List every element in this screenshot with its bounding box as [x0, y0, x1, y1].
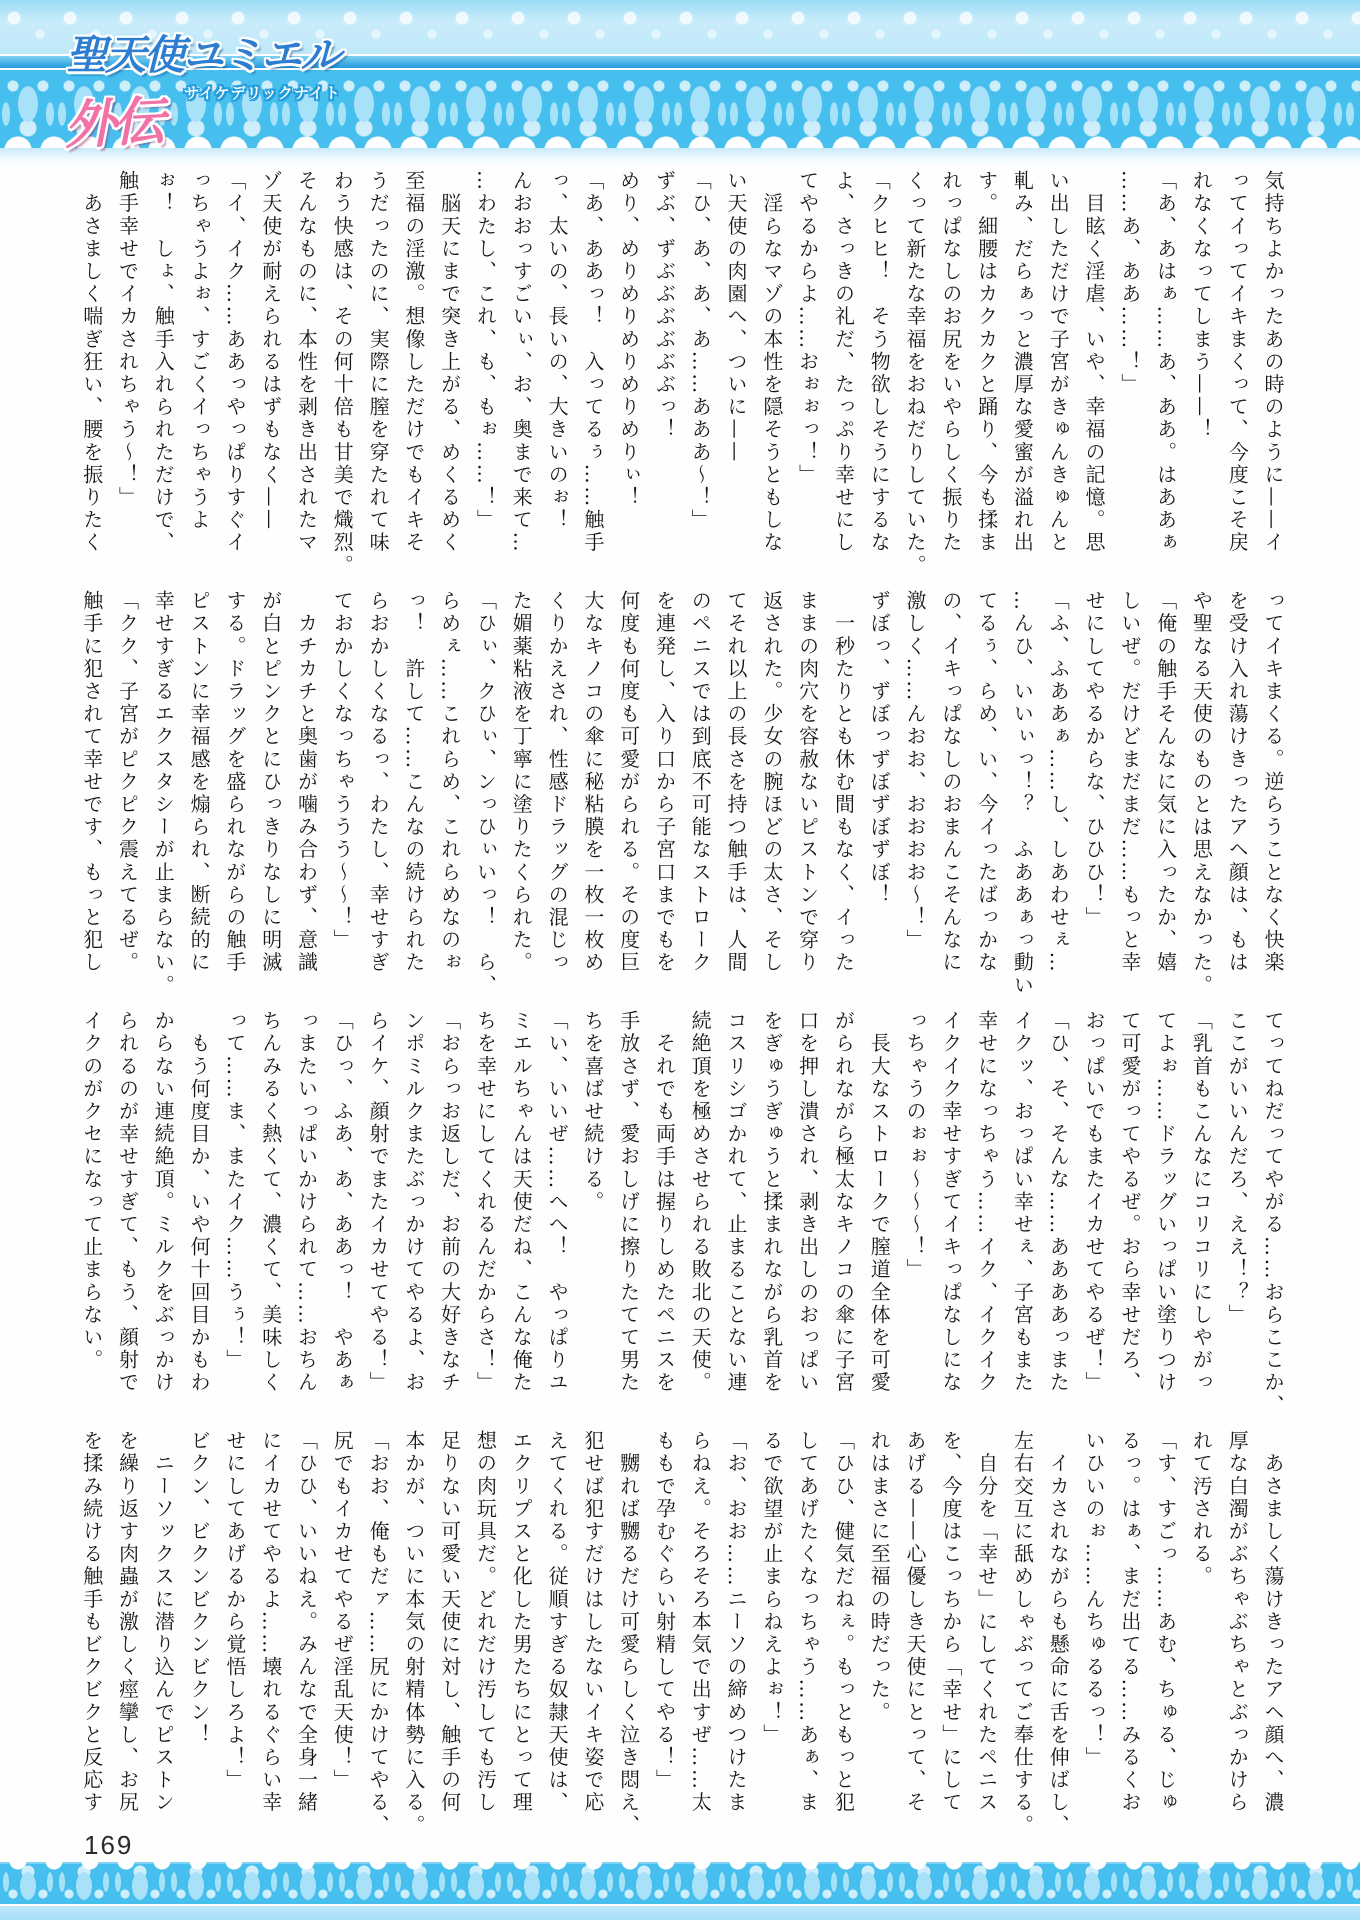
text-column: てるぅ、らめ、い、今イったばっかな [968, 590, 1004, 978]
bottom-border-lower-strip [0, 1904, 1360, 1920]
text-column: 「クヒヒ！ そう物欲しそうにするな [860, 170, 896, 558]
logo-title: 聖天使ユミエル [66, 31, 339, 79]
text-column: 嬲れば嬲るだけ可愛らしく泣き悶え、 [610, 1430, 646, 1818]
text-column: れて汚される。 [1183, 1430, 1219, 1818]
text-column: っまたいっぱいかけられて……おちん [288, 1010, 324, 1398]
text-column: ゾ天使が耐えられるはずもなく—— [252, 170, 288, 558]
text-column: 気持ちよかったあの時のように——イ [1254, 170, 1290, 558]
text-column: ンポミルクまたぶっかけてやるよ、お [395, 1010, 431, 1398]
text-column: 「あ、ああっ！ 入ってるぅ……触手 [574, 170, 610, 558]
text-column: らねえ。そろそろ本気で出すぜ……太 [681, 1430, 717, 1818]
text-column: イカされながらも懸命に舌を伸ばし、 [1039, 1430, 1075, 1818]
text-column: わう快感は、その何十倍も甘美で熾烈。 [323, 170, 359, 558]
text-column: るで欲望が止まらねえよぉ！」 [753, 1430, 789, 1818]
vertical-text-block-4: あさましく蕩けきったアヘ顔へ、濃厚な白濁がぶちゃぶちゃとぶっかけられて汚される。… [70, 1430, 1290, 1818]
text-column: が白とピンクとにひっきりなしに明滅 [252, 590, 288, 978]
text-column: 触手幸せでイカされちゃう～！」 [109, 170, 145, 558]
text-column: 「ひ、そ、そんな……ああああっまた [1039, 1010, 1075, 1398]
text-column: にイカせてやるよ……壊れるぐらい幸 [252, 1430, 288, 1818]
text-column: ミエルちゃんは天使だね、こんな俺た [502, 1010, 538, 1398]
text-column: れっぱなしのお尻をいやらしく振りた [932, 170, 968, 558]
text-column: 「ひぃ、クひぃ、ンっひぃいっ！ ら、 [467, 590, 503, 978]
text-column: てやるからよ……おぉぉっ！」 [789, 170, 825, 558]
text-column: 厚な白濁がぶちゃぶちゃとぶっかけら [1218, 1430, 1254, 1818]
text-column: あさましく蕩けきったアヘ顔へ、濃 [1254, 1430, 1290, 1818]
text-column: ちを幸せにしてくれるんだからさ！」 [467, 1010, 503, 1398]
text-column: 「お、おお……ニーソの締めつけたま [717, 1430, 753, 1818]
text-column: 何度も何度も可愛がられる。その度巨 [610, 590, 646, 978]
logo-subtitle: サイケデリックナイト [184, 82, 341, 103]
text-column: ニーソックスに潜り込んでピストン [145, 1430, 181, 1818]
text-column: 「す、すごっ……あむ、ちゅる、じゅ [1147, 1430, 1183, 1818]
text-column: ちんみるく熱くて、濃くて、美味しく [252, 1010, 288, 1398]
text-column: 「ひひ、健気だねぇ。もっともっと犯 [825, 1430, 861, 1818]
text-column: 大なキノコの傘に秘粘膜を一枚一枚め [574, 590, 610, 978]
text-column: してあげたくなっちゃう……あぁ、ま [789, 1430, 825, 1818]
text-column: 返された。少女の腕ほどの太さ、そし [753, 590, 789, 978]
text-column: ……あ、ああ……！」 [1111, 170, 1147, 558]
text-column: しいぜ。だけどまだまだ……もっと幸 [1111, 590, 1147, 978]
text-column: ずぶ、ずぶぶぶぶぶぶっ！ [646, 170, 682, 558]
text-column: 想の肉玩具だ。どれだけ汚しても汚し [467, 1430, 503, 1818]
text-column: 幸せすぎるエクスタシーが止まらない。 [145, 590, 181, 978]
text-column: 尻でもイカせてやるぜ淫乱天使！」 [323, 1430, 359, 1818]
text-column: カチカチと奥歯が噛み合わず、意識 [288, 590, 324, 978]
text-column: せにしてあげるから覚悟しろよ！」 [216, 1430, 252, 1818]
text-column: 「クク、子宮がピクピク震えてるぜ。 [109, 590, 145, 978]
text-column: てってねだってやがる……おらここか、 [1254, 1010, 1290, 1398]
text-column: を、今度はこっちから「幸せ」にして [932, 1430, 968, 1818]
text-column: っちゃうのぉぉ～～～！」 [896, 1010, 932, 1398]
text-column: イクイク幸せすぎてイキっぱなしにな [932, 1010, 968, 1398]
text-column: からない連続絶頂。ミルクをぶっかけ [145, 1010, 181, 1398]
text-column: 「俺の触手そんなに気に入ったか、嬉 [1147, 590, 1183, 978]
text-column: っちゃうよぉ、すごくイっちゃうよ [180, 170, 216, 558]
top-decorative-border: 聖天使ユミエル外伝 サイケデリックナイト [0, 0, 1360, 168]
text-column: い天使の肉園へ、ついに—— [717, 170, 753, 558]
text-column: 「ふ、ふああぁ……し、しあわせぇ… [1039, 590, 1075, 978]
text-column: …わたし、これ、も、もぉ……！」 [467, 170, 503, 558]
text-column: らイケ、顔射でまたイカせてやる！」 [359, 1010, 395, 1398]
text-column: そんなものに、本性を剥き出されたマ [288, 170, 324, 558]
text-column: 口を押し潰され、剥き出しのおっぱい [789, 1010, 825, 1398]
text-column: れなくなってしまう——！ [1183, 170, 1219, 558]
text-column: っ！ 許して……こんなの続けられた [395, 590, 431, 978]
text-column: ビクン、ビクンビクンビクン！ [180, 1430, 216, 1818]
text-column: ってイってイキまくって、今度こそ戻 [1218, 170, 1254, 558]
text-column: 「ひっ、ふあ、あ、ああっ！ やあぁ [323, 1010, 359, 1398]
text-column: せにしてやるからな、ひひひ！」 [1075, 590, 1111, 978]
text-column: エクリプスと化した男たちにとって理 [502, 1430, 538, 1818]
text-column: 幸せになっちゃう……イク、イクイク [968, 1010, 1004, 1398]
text-column: 目眩く淫虐、いや、幸福の記憶。思 [1075, 170, 1111, 558]
text-column: あげる——心優しき天使にとって、そ [896, 1430, 932, 1818]
text-column: くって新たな幸福をおねだりしていた。 [896, 170, 932, 558]
text-column: えてくれる。従順すぎる奴隷天使は、 [538, 1430, 574, 1818]
text-column: れはまさに至福の時だった。 [860, 1430, 896, 1818]
text-column: あさましく喘ぎ狂い、腰を振りたく [73, 170, 109, 558]
text-column: って……ま、またイク……うぅ！」 [216, 1010, 252, 1398]
text-column: 長大なストロークで膣道全体を可愛 [860, 1010, 896, 1398]
text-column: ってイキまくる。逆らうことなく快楽 [1254, 590, 1290, 978]
text-column: …んひ、いいぃっ！？ ふああぁっ動い [1004, 590, 1040, 978]
text-column: 「乳首もこんなにコリコリにしやがっ [1183, 1010, 1219, 1398]
text-column: られるのが幸せすぎて、もう、顔射で [109, 1010, 145, 1398]
text-column: 触手に犯されて幸せです、もっと犯し [73, 590, 109, 978]
text-column: 激しく……んおお、おおおお～！」 [896, 590, 932, 978]
bottom-decorative-border [0, 1856, 1360, 1920]
text-column: めり、めりめりめりめりめりぃ！ [610, 170, 646, 558]
text-column: 「イ、イク……ああっやっぱりすぐイ [216, 170, 252, 558]
vertical-text-block-1: 気持ちよかったあの時のように——イってイってイキまくって、今度こそ戻れなくなって… [70, 170, 1290, 558]
text-column: 淫らなマゾの本性を隠そうともしな [753, 170, 789, 558]
text-column: をぎゅうぎゅうと揉まれながら乳首を [753, 1010, 789, 1398]
text-column: 「あ、あはぁ……あ、ああ。はああぁ [1147, 170, 1183, 558]
text-column: の、イキっぱなしのおまんこそんなに [932, 590, 968, 978]
vertical-text-block-2: ってイキまくる。逆らうことなく快楽を受け入れ蕩けきったアヘ顔は、もはや聖なる天使… [70, 590, 1290, 978]
text-column: ピストンに幸福感を煽られ、断続的に [180, 590, 216, 978]
text-column: 自分を「幸せ」にしてくれたペニス [968, 1430, 1004, 1818]
text-column: てよぉ……ドラッグいっぱい塗りつけ [1147, 1010, 1183, 1398]
text-column: ちを喜ばせ続ける。 [574, 1010, 610, 1398]
text-column: 続絶頂を極めさせられる敗北の天使。 [681, 1010, 717, 1398]
text-column: ままの肉穴を容赦ないピストンで穿り [789, 590, 825, 978]
text-column: うだったのに、実際に膣を穿たれて味 [359, 170, 395, 558]
text-column: てそれ以上の長さを持つ触手は、人間 [717, 590, 753, 978]
text-column: ここがいいんだろ、ええ！？」 [1218, 1010, 1254, 1398]
text-column: 「おらっお返しだ、お前の大好きなチ [431, 1010, 467, 1398]
text-column: 一秒たりとも休む間もなく、イった [825, 590, 861, 978]
text-column: おっぱいでもまたイカせてやるぜ！」 [1075, 1010, 1111, 1398]
text-column: 「い、いいぜ……へへ！ やっぱりユ [538, 1010, 574, 1398]
text-column: 脳天にまで突き上がる、めくるめく [431, 170, 467, 558]
text-column: ぉ！ しょ、触手入れられただけで、 [145, 170, 181, 558]
text-column: よ、さっきの礼だ、たっぷり幸せにし [825, 170, 861, 558]
text-column: っ、太いの、長いの、大きいのぉ！ [538, 170, 574, 558]
text-column: 「おお、俺もだァ……尻にかけてやる、 [359, 1430, 395, 1818]
text-column: を受け入れ蕩けきったアヘ顔は、もは [1218, 590, 1254, 978]
text-column: 至福の淫激。想像しただけでもイキそ [395, 170, 431, 558]
text-column: を繰り返す肉蟲が激しく痙攣し、お尻 [109, 1430, 145, 1818]
text-column: て可愛がってやるぜ。おら幸せだろ、 [1111, 1010, 1147, 1398]
text-column: イクのがクセになって止まらない。 [73, 1010, 109, 1398]
bottom-border-frieze-ornament [0, 1862, 1360, 1906]
text-column: いひいのぉ……んちゅるるっ！」 [1075, 1430, 1111, 1818]
text-column: るっ。はぁ、まだ出てる……みるくお [1111, 1430, 1147, 1818]
text-column: や聖なる天使のものとは思えなかった。 [1183, 590, 1219, 978]
text-column: 足りない可愛い天使に対し、触手の何 [431, 1430, 467, 1818]
text-column: のペニスでは到底不可能なストローク [681, 590, 717, 978]
text-column: 犯せば犯すだけはしたないイキ姿で応 [574, 1430, 610, 1818]
vertical-text-block-3: てってねだってやがる……おらここか、ここがいいんだろ、ええ！？」「乳首もこんなに… [70, 1010, 1290, 1398]
text-column: を揉み続ける触手もビクビクと反応す [73, 1430, 109, 1818]
text-column: た媚薬粘液を丁寧に塗りたくられた。 [502, 590, 538, 978]
text-column: それでも両手は握りしめたペニスを [646, 1010, 682, 1398]
text-column: らおかしくなるっ、わたし、幸せすぎ [359, 590, 395, 978]
text-column: コスリシゴかれて、止まることない連 [717, 1010, 753, 1398]
text-column: ておかしくなっちゃううう～～！」 [323, 590, 359, 978]
text-column: らめぇ……これらめ、これらめなのぉ [431, 590, 467, 978]
text-column: い出しただけで子宮がきゅんきゅんと [1039, 170, 1075, 558]
text-column: す。細腰はカクカクと踊り、今も揉ま [968, 170, 1004, 558]
text-column: イクッ、おっぱい幸せぇ、子宮もまた [1004, 1010, 1040, 1398]
text-column: する。ドラッグを盛られながらの触手 [216, 590, 252, 978]
text-column: 「ひ、あ、あ、あ……あああ～！」 [681, 170, 717, 558]
series-logo: 聖天使ユミエル外伝 サイケデリックナイト [66, 22, 366, 118]
text-column: ももで孕むぐらい射精してやる！」 [646, 1430, 682, 1818]
text-column: んおおっすごいぃ、お、奥まで来て… [502, 170, 538, 558]
text-column: 本かが、ついに本気の射精体勢に入る。 [395, 1430, 431, 1818]
text-column: 軋み、だらぁっと濃厚な愛蜜が溢れ出 [1004, 170, 1040, 558]
text-column: 「ひひ、いいねえ。みんなで全身一緒 [288, 1430, 324, 1818]
text-column: くりかえされ、性感ドラッグの混じっ [538, 590, 574, 978]
text-column: を連発し、入り口から子宮口までもを [646, 590, 682, 978]
top-border-torn-edge [0, 148, 1360, 168]
logo-title-accent: 外伝 [62, 78, 164, 158]
text-column: がられながら極太なキノコの傘に子宮 [825, 1010, 861, 1398]
text-column: 手放さず、愛おしげに擦りたてて男た [610, 1010, 646, 1398]
text-column: 左右交互に舐めしゃぶってご奉仕する。 [1004, 1430, 1040, 1818]
text-column: もう何度目か、いや何十回目かもわ [180, 1010, 216, 1398]
text-column: ずぼっ、ずぼっずぼずぼずぼ！ [860, 590, 896, 978]
